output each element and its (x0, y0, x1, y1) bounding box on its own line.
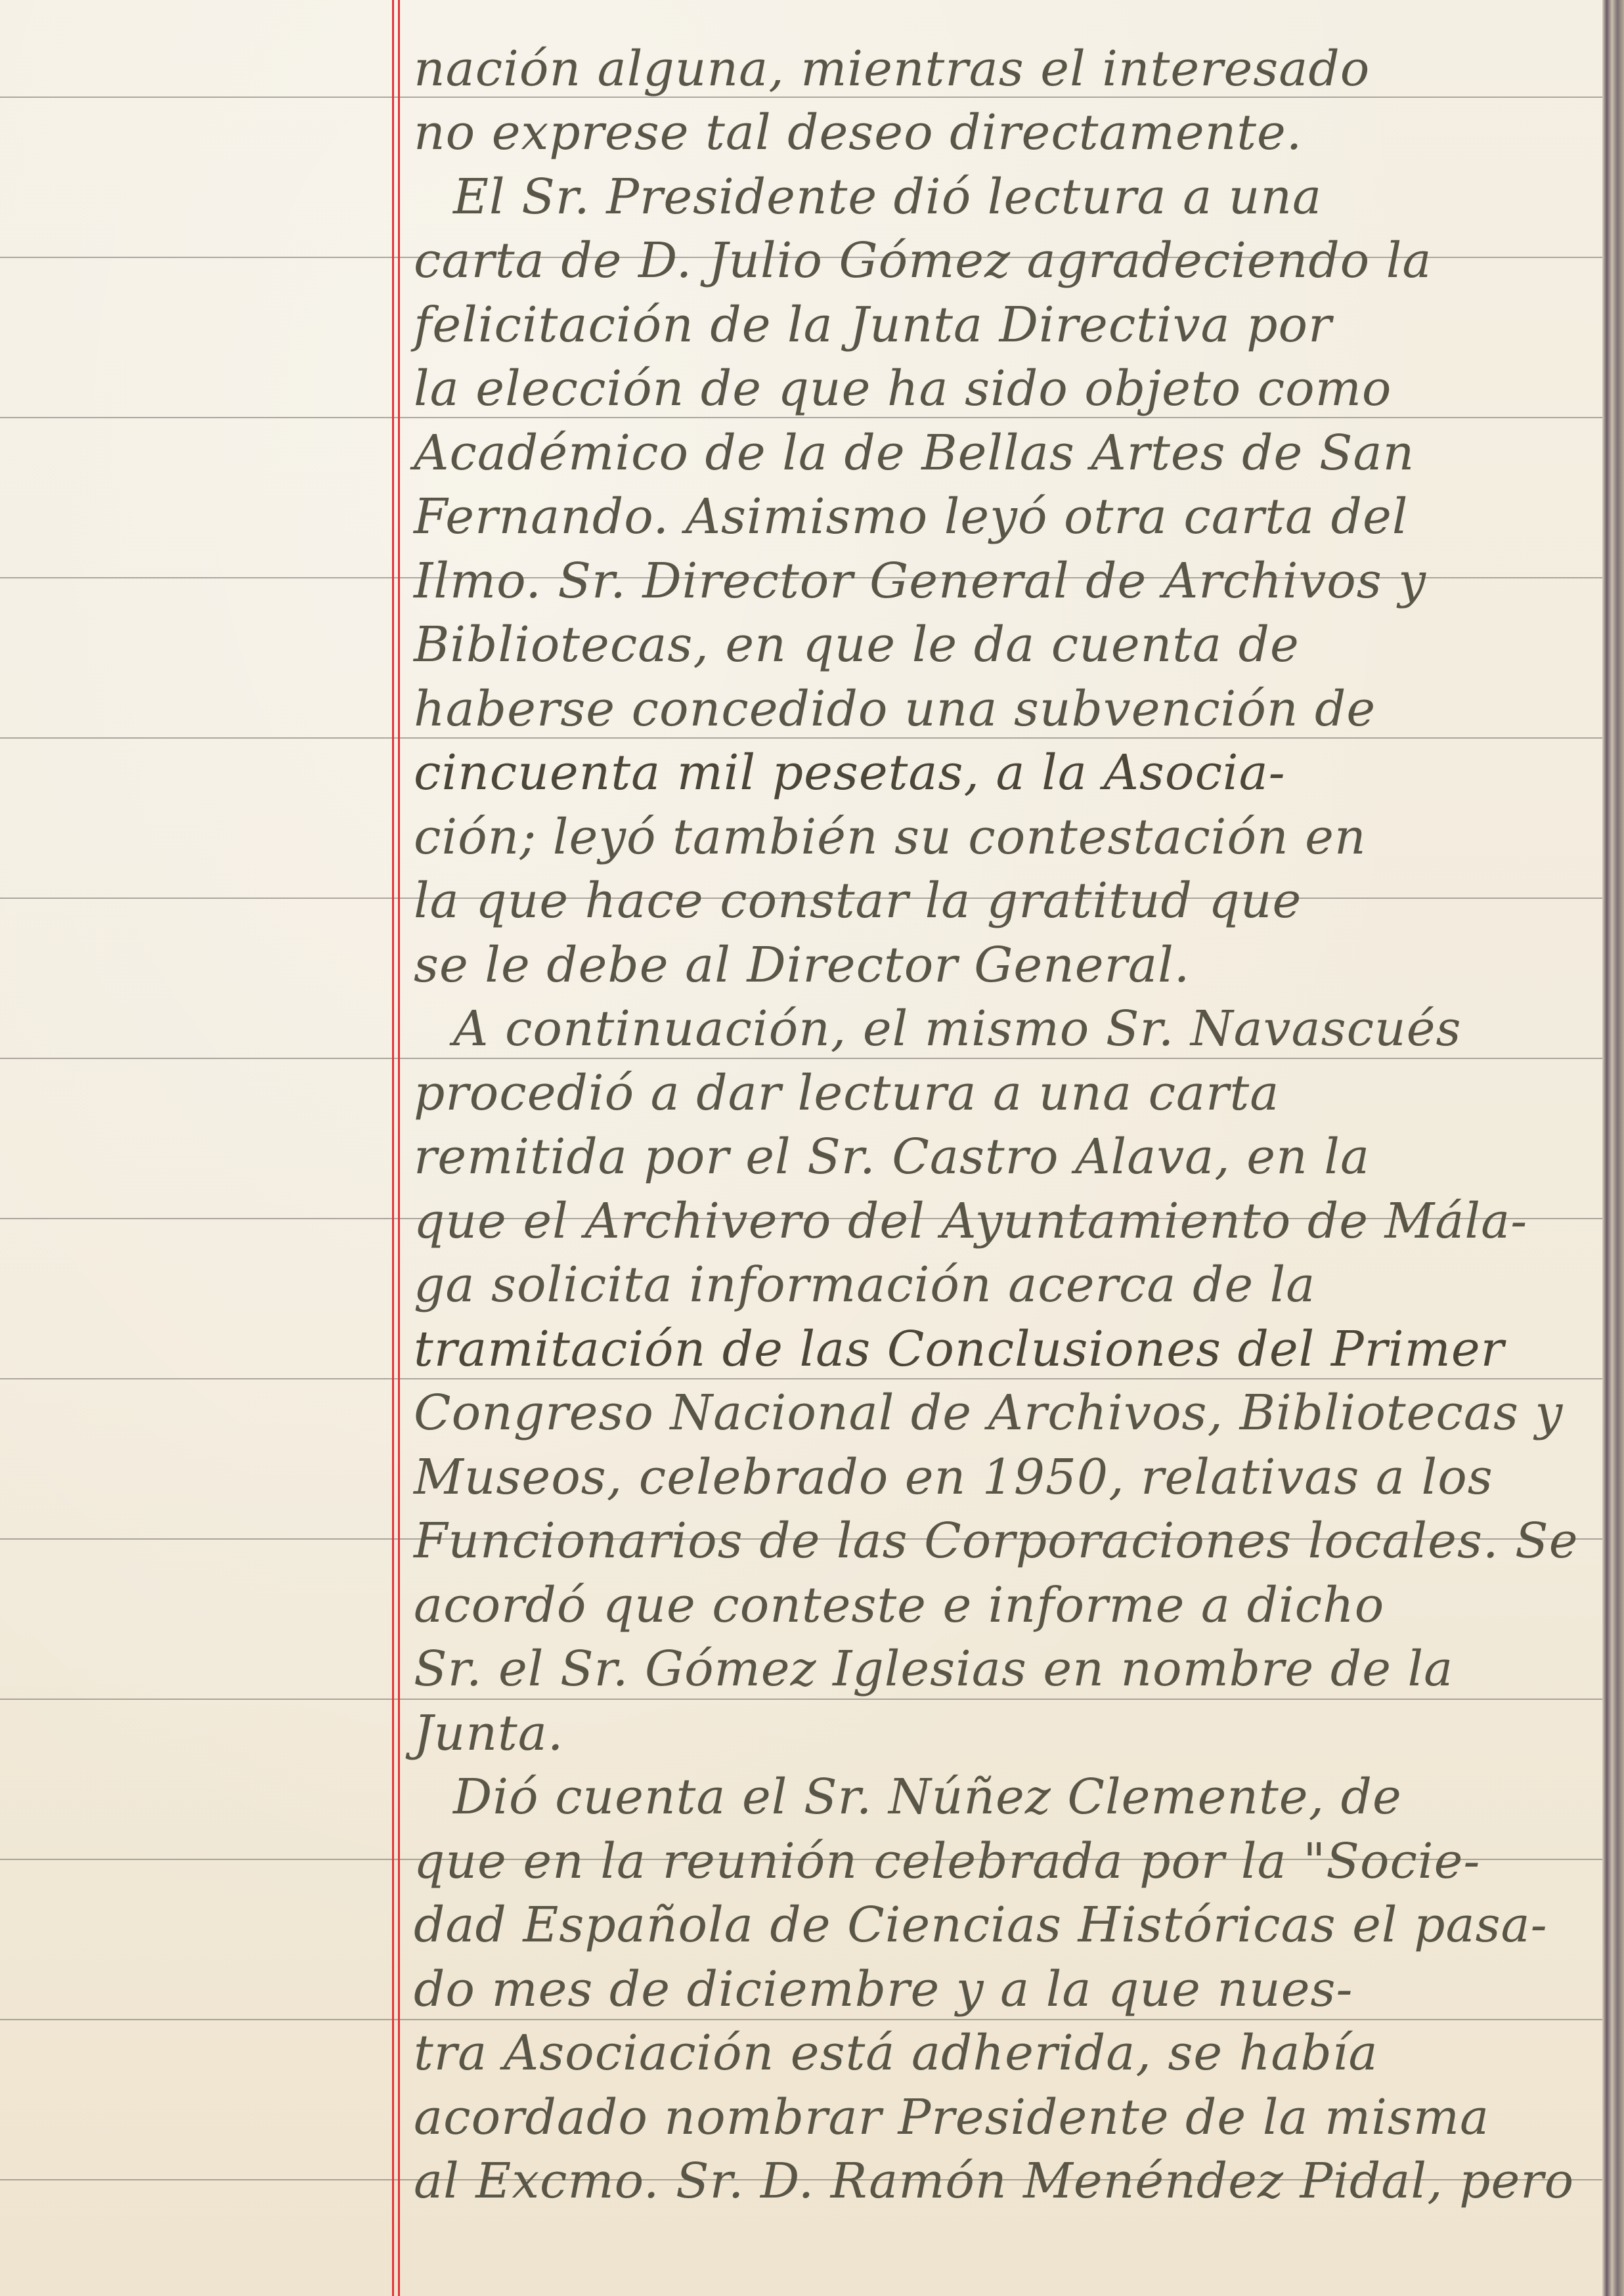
text-line: la elección de que ha sido objeto como (414, 356, 1392, 422)
text-line: haberse concedido una subvención de (414, 676, 1376, 742)
text-line: Académico de la de Bellas Artes de San (414, 420, 1415, 486)
text-line: que en la reunión celebrada por la "Soci… (414, 1829, 1480, 1894)
text-line: acordó que conteste e informe a dicho (414, 1572, 1384, 1638)
text-line: Sr. el Sr. Gómez Iglesias en nombre de l… (414, 1636, 1453, 1702)
text-line: Museos, celebrado en 1950, relativas a l… (414, 1444, 1493, 1510)
text-line: la que hace constar la gratitud que (414, 868, 1302, 934)
text-line: Congreso Nacional de Archivos, Bibliotec… (414, 1380, 1563, 1446)
text-line: se le debe al Director General. (414, 932, 1190, 998)
text-line: A continuación, el mismo Sr. Navascués (453, 996, 1462, 1062)
text-line: procedió a dar lectura a una carta (414, 1060, 1279, 1126)
text-line: cincuenta mil pesetas, a la Asocia- (414, 740, 1286, 806)
text-line: acordado nombrar Presidente de la misma (414, 2085, 1489, 2150)
text-line: Funcionarios de las Corporaciones locale… (414, 1508, 1579, 1574)
text-line: ga solicita información acerca de la (414, 1252, 1315, 1318)
text-line: tra Asociación está adherida, se había (414, 2020, 1378, 2086)
text-line: Junta. (414, 1700, 563, 1766)
text-line: Ilmo. Sr. Director General de Archivos y (414, 548, 1426, 614)
text-line: felicitación de la Junta Directiva por (414, 292, 1332, 358)
margin-rule-right (398, 0, 400, 2296)
text-line: tramitación de las Conclusiones del Prim… (414, 1316, 1504, 1382)
text-line: Bibliotecas, en que le da cuenta de (414, 612, 1300, 678)
text-line: ción; leyó también su contestación en (414, 804, 1367, 870)
margin-rule-left (392, 0, 394, 2296)
text-line: no exprese tal deseo directamente. (414, 100, 1302, 165)
text-line: Dió cuenta el Sr. Núñez Clemente, de (453, 1764, 1402, 1830)
text-line: dad Española de Ciencias Históricas el p… (414, 1892, 1548, 1958)
text-line: do mes de diciembre y a la que nues- (414, 1957, 1353, 2022)
text-line: remitida por el Sr. Castro Alava, en la (414, 1124, 1370, 1190)
text-line: al Excmo. Sr. D. Ramón Menéndez Pidal, p… (414, 2148, 1574, 2214)
text-line: nación alguna, mientras el interesado (414, 36, 1370, 102)
text-line: carta de D. Julio Gómez agradeciendo la (414, 228, 1432, 293)
text-line: El Sr. Presidente dió lectura a una (453, 164, 1322, 230)
page-binding-edge (1602, 0, 1624, 2296)
text-line: Fernando. Asimismo leyó otra carta del (414, 484, 1409, 550)
ledger-page: nación alguna, mientras el interesado no… (0, 0, 1624, 2296)
text-line: que el Archivero del Ayuntamiento de Mál… (414, 1188, 1527, 1254)
